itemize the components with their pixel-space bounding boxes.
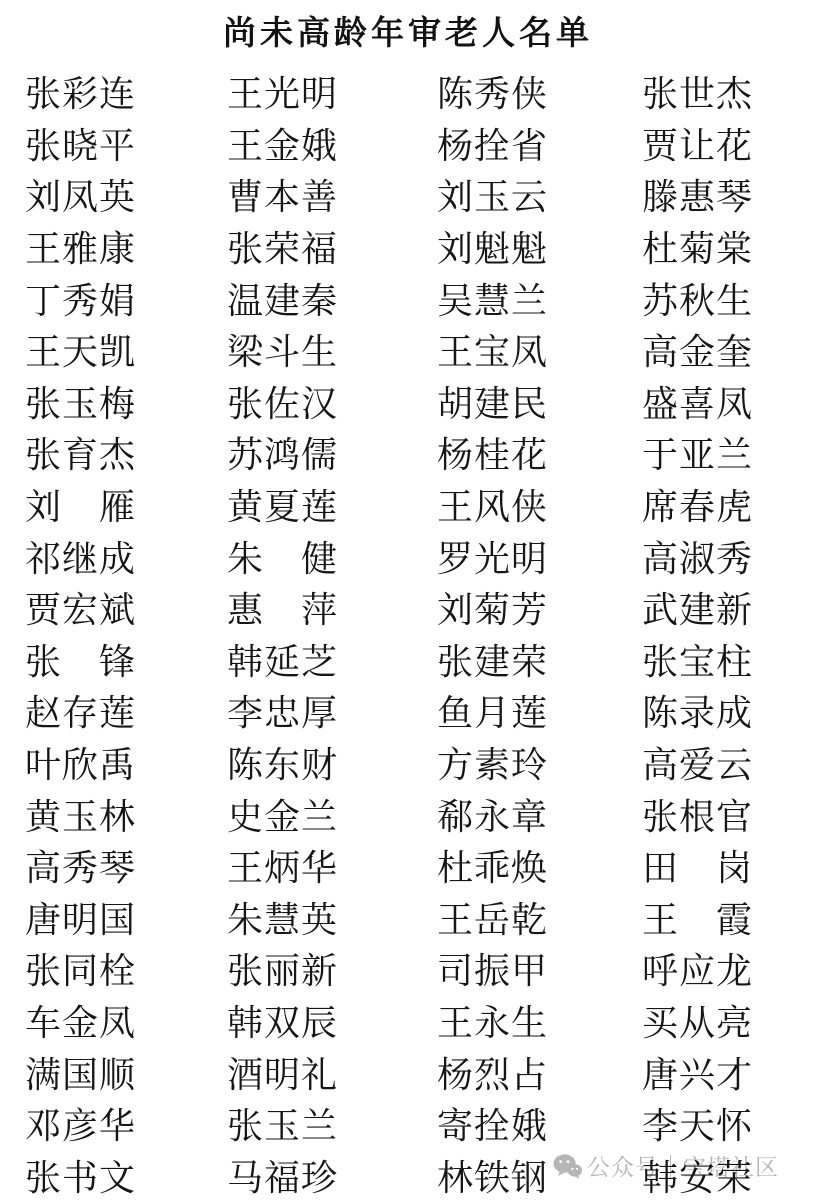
name-cell: 韩双辰 xyxy=(227,995,437,1047)
name-cell: 司振甲 xyxy=(437,943,642,995)
name-cell: 杜菊棠 xyxy=(642,221,816,273)
name-cell: 叶欣禹 xyxy=(25,737,227,789)
name-cell: 滕惠琴 xyxy=(642,169,816,221)
name-cell: 张同栓 xyxy=(25,943,227,995)
name-cell: 车金凤 xyxy=(25,995,227,1047)
name-cell: 张建荣 xyxy=(437,634,642,686)
name-cell: 张育杰 xyxy=(25,427,227,479)
name-cell: 黄夏莲 xyxy=(227,479,437,531)
name-cell: 李天怀 xyxy=(642,1098,816,1150)
name-cell: 张荣福 xyxy=(227,221,437,273)
name-column-1: 张彩连张晓平刘凤英王雅康丁秀娟王天凯张玉梅张育杰刘 雁祁继成贾宏斌张 锋赵存莲叶… xyxy=(25,66,227,1200)
name-cell: 田 岗 xyxy=(642,840,816,892)
name-cell: 张世杰 xyxy=(642,66,816,118)
name-cell: 张宝柱 xyxy=(642,634,816,686)
name-cell: 吴慧兰 xyxy=(437,272,642,324)
name-cell: 陈录成 xyxy=(642,685,816,737)
name-cell: 邓彦华 xyxy=(25,1098,227,1150)
name-cell: 寄拴娥 xyxy=(437,1098,642,1150)
name-cell: 韩延芝 xyxy=(227,634,437,686)
names-grid: 张彩连张晓平刘凤英王雅康丁秀娟王天凯张玉梅张育杰刘 雁祁继成贾宏斌张 锋赵存莲叶… xyxy=(0,66,816,1200)
name-cell: 杨桂花 xyxy=(437,427,642,479)
name-column-2: 王光明王金娥曹本善张荣福温建秦梁斗生张佐汉苏鸿儒黄夏莲朱 健惠 萍韩延芝李忠厚陈… xyxy=(227,66,437,1200)
name-cell: 张玉兰 xyxy=(227,1098,437,1150)
name-column-4: 张世杰贾让花滕惠琴杜菊棠苏秋生高金奎盛喜凤于亚兰席春虎高淑秀武建新张宝柱陈录成高… xyxy=(642,66,816,1200)
name-cell: 王炳华 xyxy=(227,840,437,892)
name-cell: 呼应龙 xyxy=(642,943,816,995)
name-cell: 王风侠 xyxy=(437,479,642,531)
name-cell: 张根官 xyxy=(642,788,816,840)
name-cell: 高淑秀 xyxy=(642,530,816,582)
name-cell: 王宝凤 xyxy=(437,324,642,376)
name-cell: 张佐汉 xyxy=(227,376,437,428)
name-cell: 张晓平 xyxy=(25,118,227,170)
name-cell: 刘菊芳 xyxy=(437,582,642,634)
name-cell: 酒明礼 xyxy=(227,1046,437,1098)
name-cell: 林铁钢 xyxy=(437,1149,642,1200)
page-title: 尚未高龄年审老人名单 xyxy=(0,0,816,54)
name-cell: 张玉梅 xyxy=(25,376,227,428)
name-cell: 王光明 xyxy=(227,66,437,118)
name-cell: 高秀琴 xyxy=(25,840,227,892)
name-cell: 王金娥 xyxy=(227,118,437,170)
name-cell: 罗光明 xyxy=(437,530,642,582)
name-cell: 韩安荣 xyxy=(642,1149,816,1200)
name-cell: 丁秀娟 xyxy=(25,272,227,324)
name-cell: 朱 健 xyxy=(227,530,437,582)
name-cell: 张彩连 xyxy=(25,66,227,118)
name-cell: 曹本善 xyxy=(227,169,437,221)
name-cell: 史金兰 xyxy=(227,788,437,840)
name-cell: 张丽新 xyxy=(227,943,437,995)
name-cell: 张书文 xyxy=(25,1149,227,1200)
name-cell: 马福珍 xyxy=(227,1149,437,1200)
name-cell: 贾让花 xyxy=(642,118,816,170)
name-cell: 唐兴才 xyxy=(642,1046,816,1098)
name-cell: 买从亮 xyxy=(642,995,816,1047)
name-cell: 张 锋 xyxy=(25,634,227,686)
name-cell: 王天凯 xyxy=(25,324,227,376)
name-cell: 黄玉林 xyxy=(25,788,227,840)
name-cell: 刘魁魁 xyxy=(437,221,642,273)
name-cell: 刘凤英 xyxy=(25,169,227,221)
name-cell: 武建新 xyxy=(642,582,816,634)
name-cell: 高金奎 xyxy=(642,324,816,376)
name-cell: 刘 雁 xyxy=(25,479,227,531)
name-cell: 赵存莲 xyxy=(25,685,227,737)
name-cell: 苏鸿儒 xyxy=(227,427,437,479)
name-cell: 惠 萍 xyxy=(227,582,437,634)
name-cell: 温建秦 xyxy=(227,272,437,324)
name-cell: 高爱云 xyxy=(642,737,816,789)
name-cell: 杜乖焕 xyxy=(437,840,642,892)
name-cell: 王 霞 xyxy=(642,892,816,944)
name-cell: 胡建民 xyxy=(437,376,642,428)
name-cell: 王雅康 xyxy=(25,221,227,273)
name-cell: 杨烈占 xyxy=(437,1046,642,1098)
name-column-3: 陈秀侠杨拴省刘玉云刘魁魁吴慧兰王宝凤胡建民杨桂花王风侠罗光明刘菊芳张建荣鱼月莲方… xyxy=(437,66,642,1200)
name-cell: 唐明国 xyxy=(25,892,227,944)
name-cell: 刘玉云 xyxy=(437,169,642,221)
name-cell: 鱼月莲 xyxy=(437,685,642,737)
name-cell: 盛喜凤 xyxy=(642,376,816,428)
name-cell: 梁斗生 xyxy=(227,324,437,376)
name-cell: 席春虎 xyxy=(642,479,816,531)
name-cell: 苏秋生 xyxy=(642,272,816,324)
name-cell: 方素玲 xyxy=(437,737,642,789)
name-cell: 陈秀侠 xyxy=(437,66,642,118)
name-cell: 李忠厚 xyxy=(227,685,437,737)
name-cell: 杨拴省 xyxy=(437,118,642,170)
name-cell: 于亚兰 xyxy=(642,427,816,479)
name-cell: 王永生 xyxy=(437,995,642,1047)
name-cell: 陈东财 xyxy=(227,737,437,789)
name-cell: 贾宏斌 xyxy=(25,582,227,634)
name-cell: 郗永章 xyxy=(437,788,642,840)
name-cell: 祁继成 xyxy=(25,530,227,582)
name-cell: 王岳乾 xyxy=(437,892,642,944)
name-cell: 满国顺 xyxy=(25,1046,227,1098)
name-cell: 朱慧英 xyxy=(227,892,437,944)
